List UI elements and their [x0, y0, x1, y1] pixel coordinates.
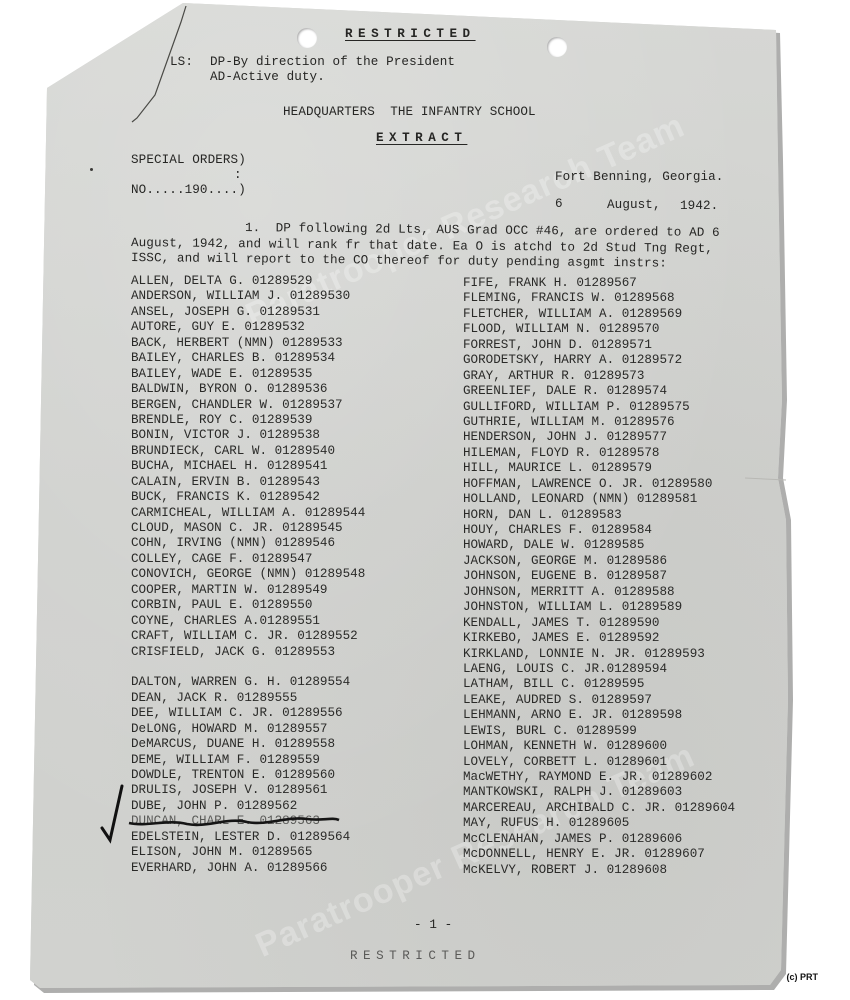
roster-entry: DeLONG, HOWARD M. 01289557: [131, 722, 365, 737]
abbrev-line-1: DP-By direction of the President: [210, 55, 455, 69]
roster-entry: FLEMING, FRANCIS W. 01289568: [463, 291, 735, 306]
roster-entry: HOLLAND, LEONARD (NMN) 01289581: [463, 492, 735, 507]
extract-title: EXTRACT: [376, 131, 467, 145]
classification-bottom: RESTRICTED: [350, 949, 481, 963]
punch-hole-right: [547, 37, 567, 57]
roster-entry: DALTON, WARREN G. H. 01289554: [131, 675, 365, 690]
roster-entry: FLETCHER, WILLIAM A. 01289569: [463, 307, 735, 322]
roster-entry: MAY, RUFUS H. 01289605: [463, 816, 735, 831]
roster-entry: BUCK, FRANCIS K. 01289542: [131, 490, 365, 505]
roster-entry: DEME, WILLIAM F. 01289559: [131, 753, 365, 768]
roster-entry: BACK, HERBERT (NMN) 01289533: [131, 336, 365, 351]
roster-entry-struck: DUNCAN, CHARL E. 01289563: [131, 814, 365, 829]
roster-entry: HOUY, CHARLES F. 01289584: [463, 523, 735, 538]
roster-gap: [131, 660, 365, 675]
roster-entry: MacWETHY, RAYMOND E. JR. 01289602: [463, 770, 735, 785]
roster-entry: DRULIS, JOSEPH V. 01289561: [131, 783, 365, 798]
roster-entry: ANSEL, JOSEPH G. 01289531: [131, 305, 365, 320]
roster-entry: COYNE, CHARLES A.01289551: [131, 614, 365, 629]
roster-entry: KIRKLAND, LONNIE N. JR. 01289593: [463, 647, 735, 662]
roster-entry: LEWIS, BURL C. 01289599: [463, 724, 735, 739]
roster-entry: BERGEN, CHANDLER W. 01289537: [131, 398, 365, 413]
roster-entry: DEAN, JACK R. 01289555: [131, 691, 365, 706]
roster-entry: BRUNDIECK, CARL W. 01289540: [131, 444, 365, 459]
order-date-month: August,: [607, 198, 661, 212]
roster-entry: AUTORE, GUY E. 01289532: [131, 320, 365, 335]
roster-entry: CONOVICH, GEORGE (NMN) 01289548: [131, 567, 365, 582]
stray-mark: [90, 168, 93, 171]
roster-entry: ANDERSON, WILLIAM J. 01289530: [131, 289, 365, 304]
roster-entry: COOPER, MARTIN W. 01289549: [131, 583, 365, 598]
roster-entry: KENDALL, JAMES T. 01289590: [463, 616, 735, 631]
abbrev-label: LS:: [170, 55, 193, 69]
roster-entry: CLOUD, MASON C. JR. 01289545: [131, 521, 365, 536]
roster-entry: COLLEY, CAGE F. 01289547: [131, 552, 365, 567]
roster-entry: DOWDLE, TRENTON E. 01289560: [131, 768, 365, 783]
roster-entry: GUTHRIE, WILLIAM M. 01289576: [463, 415, 735, 430]
roster-entry: BALDWIN, BYRON O. 01289536: [131, 382, 365, 397]
roster-entry: MARCEREAU, ARCHIBALD C. JR. 01289604: [463, 801, 735, 816]
headquarters-heading: HEADQUARTERS THE INFANTRY SCHOOL: [283, 105, 536, 119]
roster-entry: HILEMAN, FLOYD R. 01289578: [463, 446, 735, 461]
roster-entry: MANTKOWSKI, RALPH J. 01289603: [463, 785, 735, 800]
roster-entry: LOHMAN, KENNETH W. 01289600: [463, 739, 735, 754]
roster-entry: JOHNSTON, WILLIAM L. 01289589: [463, 600, 735, 615]
roster-entry: ELISON, JOHN M. 01289565: [131, 845, 365, 860]
roster-entry-struck-text: DUNCAN, CHARL E. 01289563: [131, 814, 320, 828]
roster-entry: BONIN, VICTOR J. 01289538: [131, 428, 365, 443]
roster-entry: BRENDLE, ROY C. 01289539: [131, 413, 365, 428]
roster-entry: GRAY, ARTHUR R. 01289573: [463, 369, 735, 384]
roster-entry: LEHMANN, ARNO E. JR. 01289598: [463, 708, 735, 723]
roster-entry: CALAIN, ERVIN B. 01289543: [131, 475, 365, 490]
roster-entry: FIFE, FRANK H. 01289567: [463, 276, 735, 291]
roster-entry: JOHNSON, EUGENE B. 01289587: [463, 569, 735, 584]
roster-entry: EDELSTEIN, LESTER D. 01289564: [131, 830, 365, 845]
roster-entry: McKELVY, ROBERT J. 01289608: [463, 863, 735, 878]
page-number: - 1 -: [414, 918, 452, 932]
roster-entry: COHN, IRVING (NMN) 01289546: [131, 536, 365, 551]
roster-entry: FLOOD, WILLIAM N. 01289570: [463, 322, 735, 337]
roster-entry: EVERHARD, JOHN A. 01289566: [131, 861, 365, 876]
roster-entry: HORN, DAN L. 01289583: [463, 508, 735, 523]
punch-hole-left: [297, 28, 317, 48]
order-date-year: 1942.: [680, 199, 718, 213]
order-date-day: 6: [555, 197, 563, 211]
roster-entry: McCLENAHAN, JAMES P. 01289606: [463, 832, 735, 847]
roster-entry: DeMARCUS, DUANE H. 01289558: [131, 737, 365, 752]
order-number: NO.....190....): [131, 183, 246, 197]
roster-entry: BUCHA, MICHAEL H. 01289541: [131, 459, 365, 474]
roster-entry: BAILEY, WADE E. 01289535: [131, 367, 365, 382]
document-page: Paratrooper Research Team Paratrooper Re…: [0, 0, 850, 1000]
roster-entry: LATHAM, BILL C. 01289595: [463, 677, 735, 692]
roster-entry: LAENG, LOUIS C. JR.01289594: [463, 662, 735, 677]
roster-entry: HOWARD, DALE W. 01289585: [463, 538, 735, 553]
roster-entry: McDONNELL, HENRY E. JR. 01289607: [463, 847, 735, 862]
roster-entry: HOFFMAN, LAWRENCE O. JR. 01289580: [463, 477, 735, 492]
roster-left-column: ALLEN, DELTA G. 01289529ANDERSON, WILLIA…: [131, 274, 365, 876]
roster-entry: CORBIN, PAUL E. 01289550: [131, 598, 365, 613]
roster-entry: DEE, WILLIAM C. JR. 01289556: [131, 706, 365, 721]
special-orders-label: SPECIAL ORDERS): [131, 153, 246, 167]
roster-entry: LOVELY, CORBETT L. 01289601: [463, 755, 735, 770]
roster-entry: GORODETSKY, HARRY A. 01289572: [463, 353, 735, 368]
roster-entry: JACKSON, GEORGE M. 01289586: [463, 554, 735, 569]
roster-entry: JOHNSON, MERRITT A. 01289588: [463, 585, 735, 600]
roster-entry: GREENLIEF, DALE R. 01289574: [463, 384, 735, 399]
roster-entry: CRAFT, WILLIAM C. JR. 01289552: [131, 629, 365, 644]
order-location: Fort Benning, Georgia.: [555, 170, 723, 184]
roster-right-column: FIFE, FRANK H. 01289567FLEMING, FRANCIS …: [463, 276, 735, 878]
roster-entry: BAILEY, CHARLES B. 01289534: [131, 351, 365, 366]
roster-entry: FORREST, JOHN D. 01289571: [463, 338, 735, 353]
roster-entry: GULLIFORD, WILLIAM P. 01289575: [463, 400, 735, 415]
roster-entry: HILL, MAURICE L. 01289579: [463, 461, 735, 476]
copyright-notice: (c) PRT: [787, 972, 819, 982]
order-colon: :: [234, 168, 242, 182]
classification-top: RESTRICTED: [345, 27, 476, 41]
abbrev-line-2: AD-Active duty.: [210, 70, 325, 84]
roster-entry: ALLEN, DELTA G. 01289529: [131, 274, 365, 289]
roster-entry: HENDERSON, JOHN J. 01289577: [463, 430, 735, 445]
roster-entry: CARMICHEAL, WILLIAM A. 01289544: [131, 506, 365, 521]
roster-entry: DUBE, JOHN P. 01289562: [131, 799, 365, 814]
roster-entry: LEAKE, AUDRED S. 01289597: [463, 693, 735, 708]
roster-entry: KIRKEBO, JAMES E. 01289592: [463, 631, 735, 646]
roster-entry: CRISFIELD, JACK G. 01289553: [131, 645, 365, 660]
